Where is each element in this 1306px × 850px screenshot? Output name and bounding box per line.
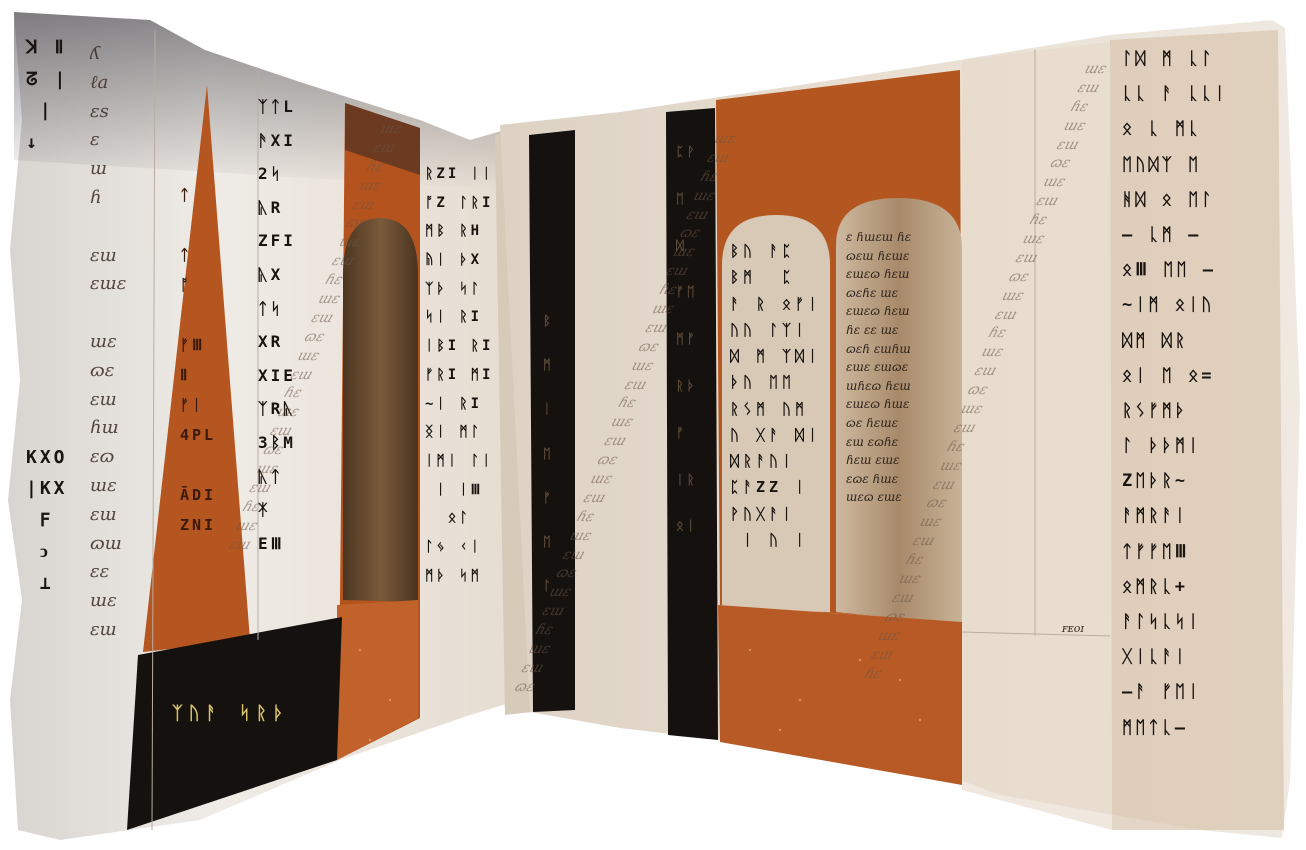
left-col4-glyphs: ᚱZI ᛁᛁ ᚩZ ᛚᚱI ᛗᛒ ᚱH ᚥᛁ ᚦX ᛉᚦ ᛋᛚ ᛋᛁ ᚱI ᛁᛒ… [425, 160, 494, 590]
obelisk-glyphs: ᛏ ᛏ ᚩ ᚠⅢ Ⅱ ᚠᛁ 4PL ĀDI ZNI [180, 180, 216, 540]
artwork-scene: ꓘ Ⅱ ᘔ | | ↓ KXO |KX ꓝ ↄ ⊥ ʎ ℓa ɛs ɛ ɯ ɦ … [0, 0, 1306, 850]
signature: ꜰᴇᴏɪ [1062, 622, 1084, 635]
gold-inscription: ᛉᚢᚨ ᛋᚱᚦ [172, 703, 290, 724]
right-col-glyphs: ᛚᛞ ᛗ ᚳᛚ ᚳᚳ ᚨ ᚳᚳᛁ ᛟ ᚳ ᛗᚳ ᛖᚢᛞᛉ ᛖ ᚻᛞ ᛟ ᛖᛚ —… [1122, 42, 1228, 746]
sepia-tablet [343, 218, 418, 602]
tablet-left-glyphs: ᛒᚢ ᚨᛈ ᛒᛗ ᛈ ᚨ ᚱ ᛟᚠᛁ ᚢᚢ ᛚᛉᛁ ᛞ ᛗ ᛉᛞᛁ ᚦᚢ ᛖᛖ … [730, 238, 821, 553]
black-band-1-glyphs: ᛒ ᛗ ᛁ ᛖ ᚠ ᛖ ᛚ [543, 300, 554, 609]
rust-base [718, 605, 962, 785]
tablet-right-script: ɛ ɦɯɛɯ ɦɛ ɷɛɯ ɦɛɯɛ ɛɯɛɷ ɦɛɯ ɷɛɦɛ ɯɛ ɛɯɛɷ… [846, 228, 911, 507]
left-col2-script: ʎ ℓa ɛs ɛ ɯ ɦ ɛɯ ɛɯɛ ɯɛ ɷɛ ɛɯ ɦɯ ɛɷ ɯɛ ɛ… [90, 40, 126, 645]
left-col1-glyphs: ꓘ Ⅱ ᘔ | | ↓ KXO |KX ꓝ ↄ ⊥ [26, 32, 68, 599]
black-band-2-glyphs: ᛈᚹ ᛖ ᛞ ᚠᛖ ᛗᚠ ᚱᚦ ᚠ ᛁᚱ ᛟᛁ [676, 130, 698, 551]
